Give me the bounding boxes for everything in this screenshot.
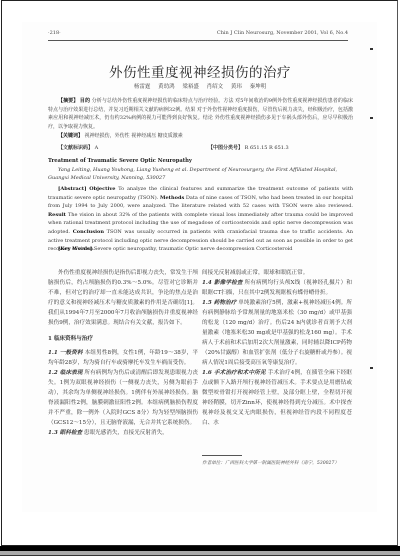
conclusion-label: Conclusion xyxy=(73,229,104,235)
section-heading: 1 临床资料与治疗 xyxy=(48,334,198,344)
scanned-page xyxy=(22,22,377,512)
keywords-cn-label: 【关键词】 xyxy=(58,133,83,139)
subheading-1-6: 1.6 手术治疗和术中所见 xyxy=(202,370,266,376)
footnote-affiliation: 作者单位：广西医科大学第一附属医院神经外科（南宁，530027） xyxy=(202,460,339,466)
subheading-1-3: 1.3 眼科检查 xyxy=(48,430,82,436)
subheading-1-2: 1.2 临床表现 xyxy=(48,370,83,376)
english-title: Treatment of Traumatic Severe Optic Neur… xyxy=(48,158,192,164)
scan-artifact xyxy=(370,117,373,119)
keywords-en: [Key Words] Severe optic neuropathy, tra… xyxy=(48,245,353,254)
keywords-en-text: Severe optic neuropathy, traumatic Optic… xyxy=(94,246,293,252)
paragraph-1-2: 1.2 临床表现 所有病例均为伤后或清醒后即发现患眼视力丧失。1例为双眼视神经损… xyxy=(48,368,198,428)
paragraph-1-6: 1.6 手术治疗和术中所见 手术治疗4例，在插管全麻下经眶点或额下入路开颅行视神… xyxy=(202,368,352,428)
page-number: ·218· xyxy=(48,30,61,36)
subheading-1-5: 1.5 药物治疗 xyxy=(202,300,236,306)
article-title: 外伤性重度视神经损伤的治疗 xyxy=(0,61,400,81)
english-authors: Yang Leiting, Huang Youhong, Liang Yushe… xyxy=(48,166,353,183)
abstract-cn-objective: 目的 xyxy=(80,98,90,104)
body-column-right: 间接光反射减弱或正常，眼球和眼底正常。 1.4 影像学检查 所有病例均行头颅X线… xyxy=(202,268,352,428)
paragraph-1-3: 1.3 眼科检查 患眼光感消失，直接光反射消失， xyxy=(48,428,198,438)
continued-paragraph: 间接光反射减弱或正常，眼球和眼底正常。 xyxy=(202,268,352,278)
paragraph-1-4: 1.4 影像学检查 所有病例均行头颅X线（视神经孔摄片）和眼眶CT扫描，只在其中… xyxy=(202,278,352,298)
scan-artifact xyxy=(370,367,373,369)
keywords-en-label: [Key Words] xyxy=(58,246,92,252)
abstract-en-label: [Abstract] xyxy=(58,186,86,192)
class-no-value: R 651.15 R 651.3 xyxy=(245,145,289,151)
body-column-left: 外伤性重度视神经损伤是指伤后即视力丧失，常发生于颅脑损伤后，约占颅脑损伤的0.3… xyxy=(48,268,198,438)
objective-label: Objective xyxy=(89,186,115,192)
methods-label: Methods xyxy=(160,195,184,201)
scan-artifact xyxy=(370,48,373,50)
intro-paragraph: 外伤性重度视神经损伤是指伤后即视力丧失，常发生于颅脑损伤后，约占颅脑损伤的0.3… xyxy=(48,268,198,328)
abstract-cn-label: 【摘要】 xyxy=(58,98,78,104)
doc-code-value: A xyxy=(95,145,99,151)
abstract-cn-text: 分析与总结外伤性重度视神经损伤的临床特点与治疗经验。方法 对5年间收治的9例外伤… xyxy=(48,98,353,130)
journal-citation: Chin J Clin Neurosurg, November 2001, Vo… xyxy=(217,30,348,36)
article-authors: 杨雷霆 黄幼鸿 梁裕盛 肖绍文 黄玮 秦坤明 xyxy=(0,82,400,90)
subheading-1-1: 1.1 一般资料 xyxy=(48,350,83,356)
header-rule xyxy=(48,40,348,41)
doc-code-label: 【文献标识码】 xyxy=(58,145,93,151)
footnote-rule xyxy=(202,455,242,456)
classification-row: 【文献标识码】 A 【中图分类号】 R 651.15 R 651.3 xyxy=(58,144,363,151)
keywords-cn-text: 视神经损伤，外伤性 视神经减压 糖皮质激素 xyxy=(85,133,183,139)
abstract-en: [Abstract] Objective To analyze the clin… xyxy=(48,185,353,254)
keywords-cn: 【关键词】 视神经损伤，外伤性 视神经减压 糖皮质激素 xyxy=(48,132,353,141)
class-no-label: 【中图分类号】 xyxy=(208,145,243,151)
next-page-edge xyxy=(0,555,400,560)
abstract-cn: 【摘要】 目的 分析与总结外伤性重度视神经损伤的临床特点与治疗经验。方法 对5年… xyxy=(48,97,353,131)
subheading-1-4: 1.4 影像学检查 xyxy=(202,280,243,286)
paragraph-1-1: 1.1 一般资料 本组男性8例，女性1例，年龄19～38岁，平均年龄28岁，均为… xyxy=(48,348,198,368)
paragraph-1-5: 1.5 药物治疗 单纯激素治疗5例，激素+视神经减压4例。所有病例静脉给予常规剂… xyxy=(202,298,352,368)
result-label: Result xyxy=(48,212,66,218)
